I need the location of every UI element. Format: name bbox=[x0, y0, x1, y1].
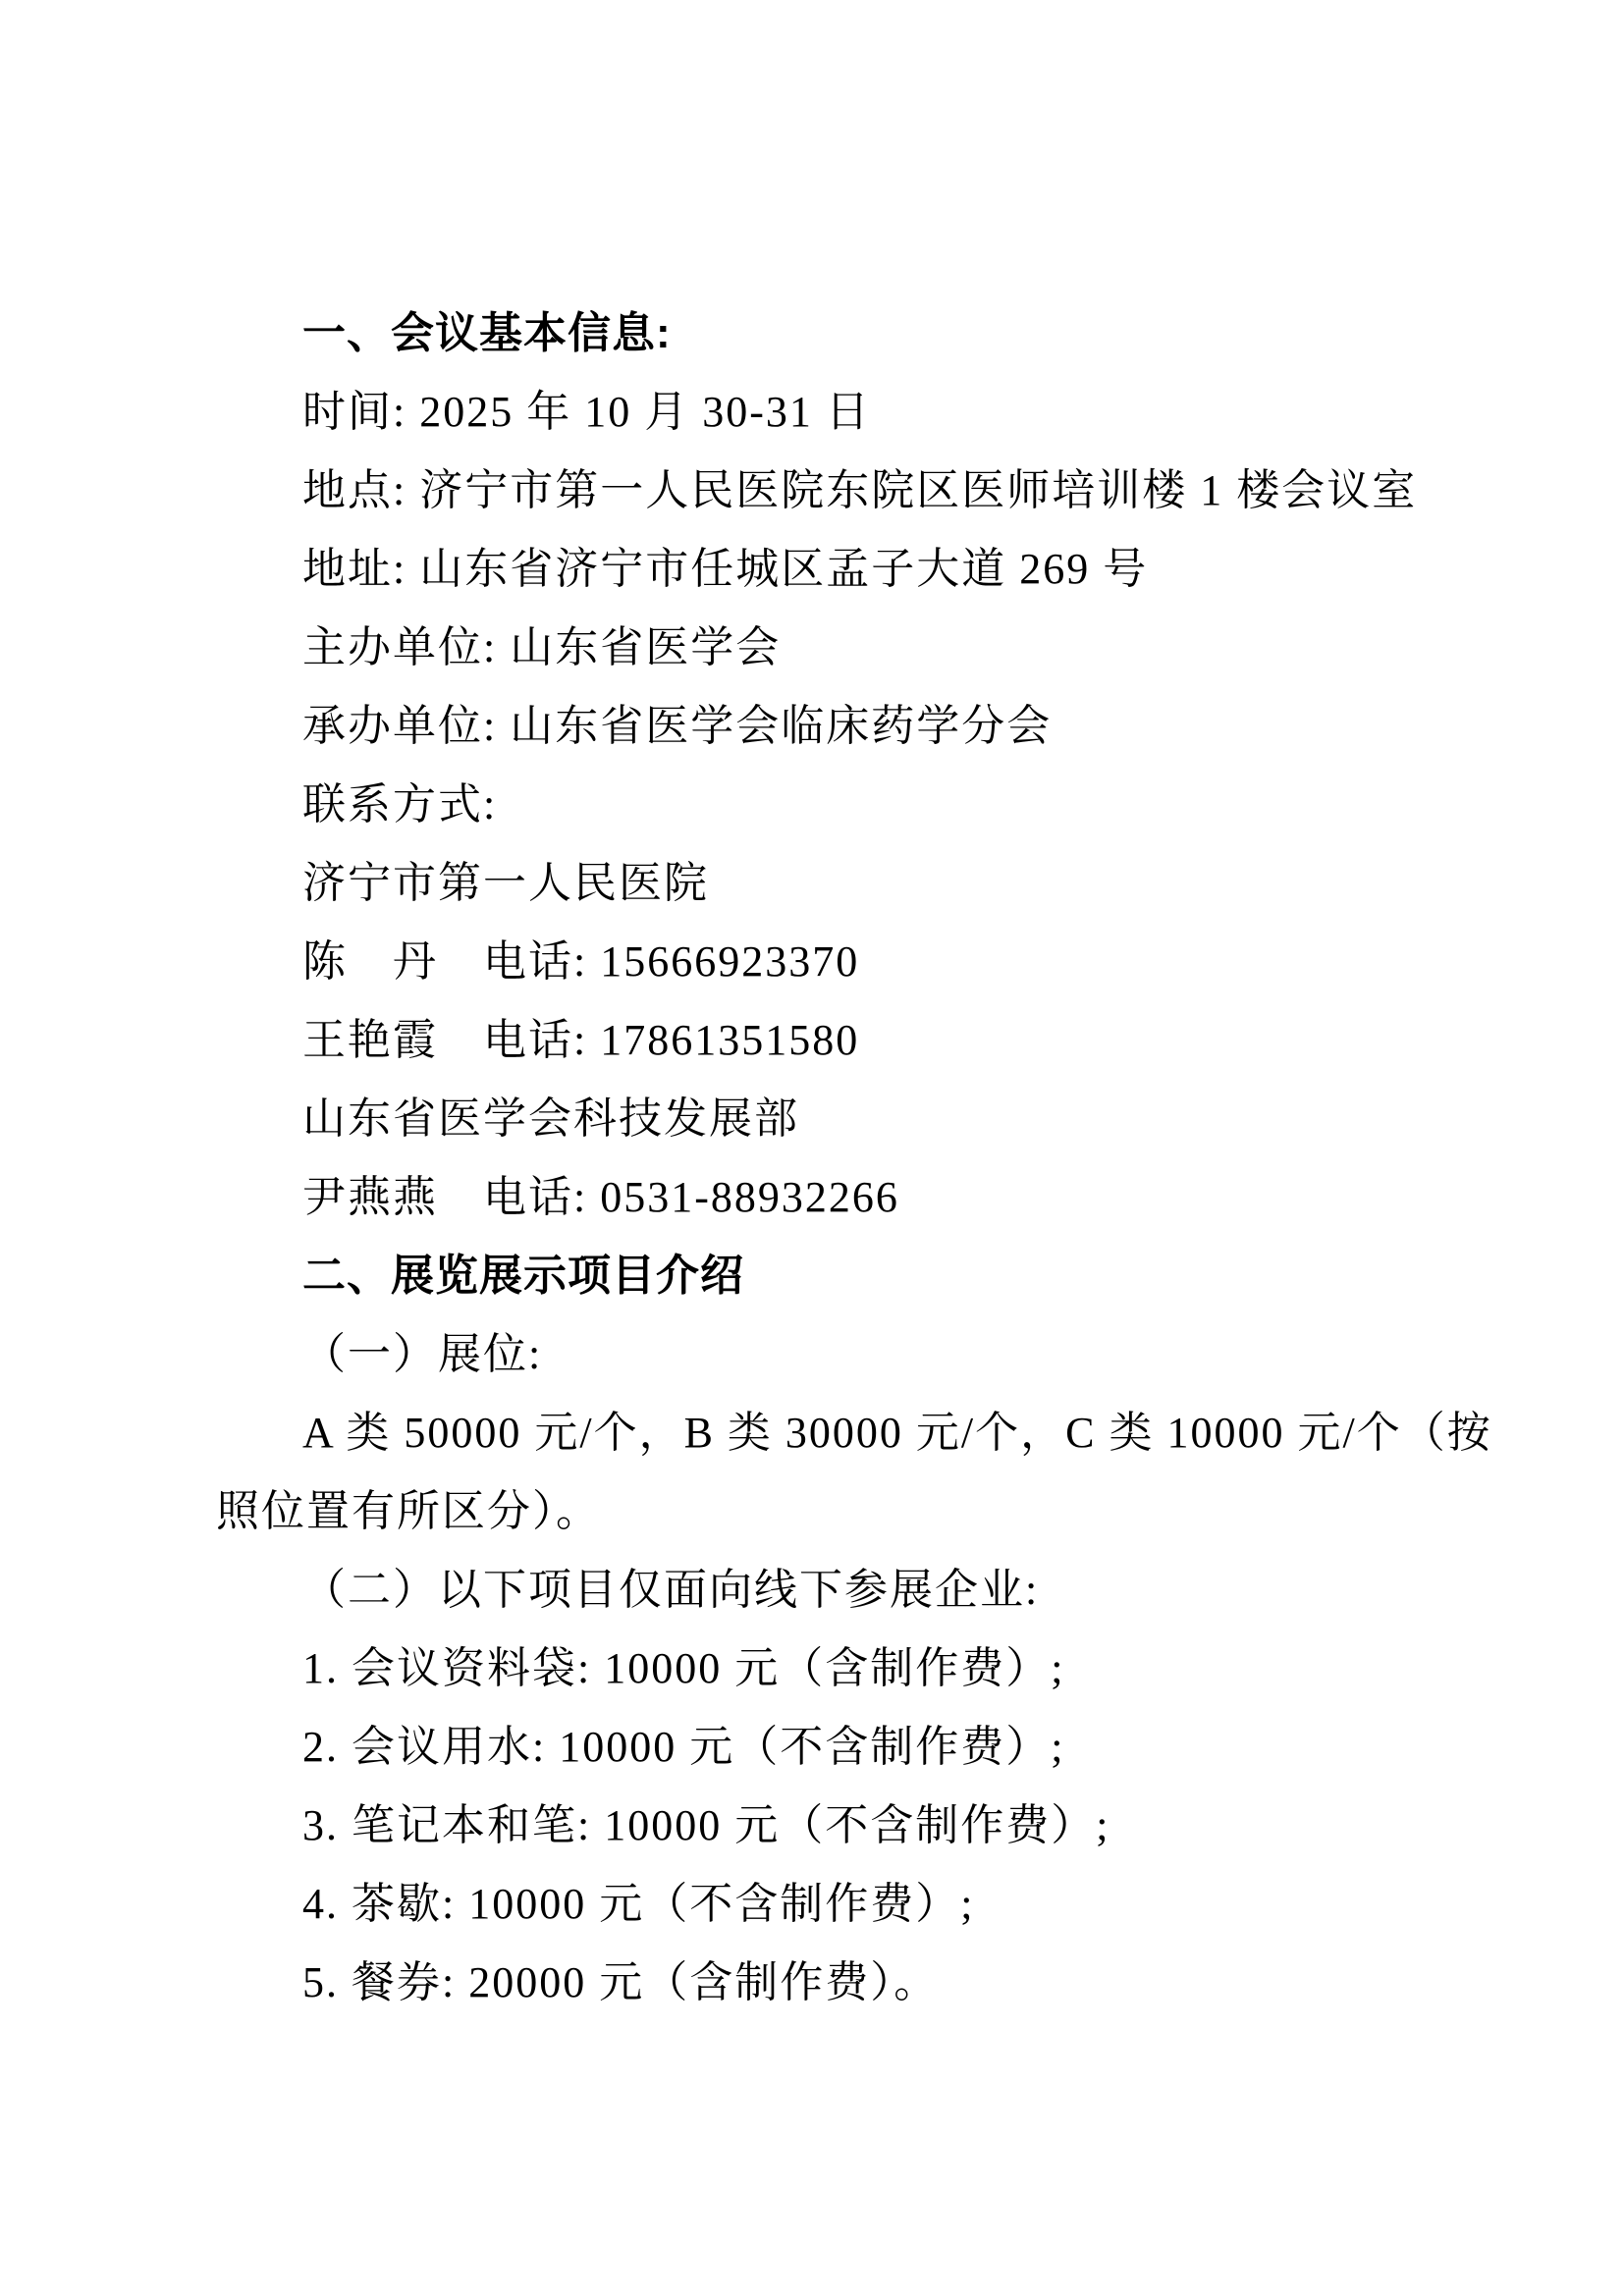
section-heading-exhibition: 二、展览展示项目介绍 bbox=[216, 1237, 1506, 1315]
contact-chen-dan-line: 陈 丹 电话: 15666923370 bbox=[216, 923, 1506, 1001]
meeting-venue-line: 地点: 济宁市第一人民医院东院区医师培训楼 1 楼会议室 bbox=[216, 452, 1506, 530]
booth-pricing-line: A 类 50000 元/个，B 类 30000 元/个，C 类 10000 元/… bbox=[216, 1394, 1506, 1472]
booth-pricing-continuation: 照位置有所区分）。 bbox=[216, 1472, 1506, 1551]
subsection-offline-items: （二）以下项目仅面向线下参展企业: bbox=[216, 1551, 1506, 1629]
meeting-address-line: 地址: 山东省济宁市任城区孟子大道 269 号 bbox=[216, 530, 1506, 609]
meeting-time-line: 时间: 2025 年 10 月 30-31 日 bbox=[216, 373, 1506, 452]
section-heading-basic-info: 一、会议基本信息: bbox=[216, 294, 1506, 373]
document-page: 一、会议基本信息: 时间: 2025 年 10 月 30-31 日 地点: 济宁… bbox=[0, 0, 1624, 2296]
contact-hospital-line: 济宁市第一人民医院 bbox=[216, 844, 1506, 923]
host-organizer-line: 主办单位: 山东省医学会 bbox=[216, 609, 1506, 687]
item-4-tea-break: 4. 茶歇: 10000 元（不含制作费）; bbox=[216, 1865, 1506, 1944]
subsection-booth-label: （一）展位: bbox=[216, 1315, 1506, 1394]
item-5-meal-voucher: 5. 餐券: 20000 元（含制作费）。 bbox=[216, 1944, 1506, 2022]
co-organizer-line: 承办单位: 山东省医学会临床药学分会 bbox=[216, 687, 1506, 766]
item-1-conference-bag: 1. 会议资料袋: 10000 元（含制作费）; bbox=[216, 1629, 1506, 1708]
contact-info-label: 联系方式: bbox=[216, 766, 1506, 844]
item-2-conference-water: 2. 会议用水: 10000 元（不含制作费）; bbox=[216, 1708, 1506, 1787]
contact-wang-yanxia-line: 王艳霞 电话: 17861351580 bbox=[216, 1001, 1506, 1080]
contact-yin-yanyan-line: 尹燕燕 电话: 0531-88932266 bbox=[216, 1158, 1506, 1237]
document-text-block: 一、会议基本信息: 时间: 2025 年 10 月 30-31 日 地点: 济宁… bbox=[216, 294, 1506, 2022]
contact-department-line: 山东省医学会科技发展部 bbox=[216, 1080, 1506, 1158]
item-3-notebook-pen: 3. 笔记本和笔: 10000 元（不含制作费）; bbox=[216, 1787, 1506, 1865]
